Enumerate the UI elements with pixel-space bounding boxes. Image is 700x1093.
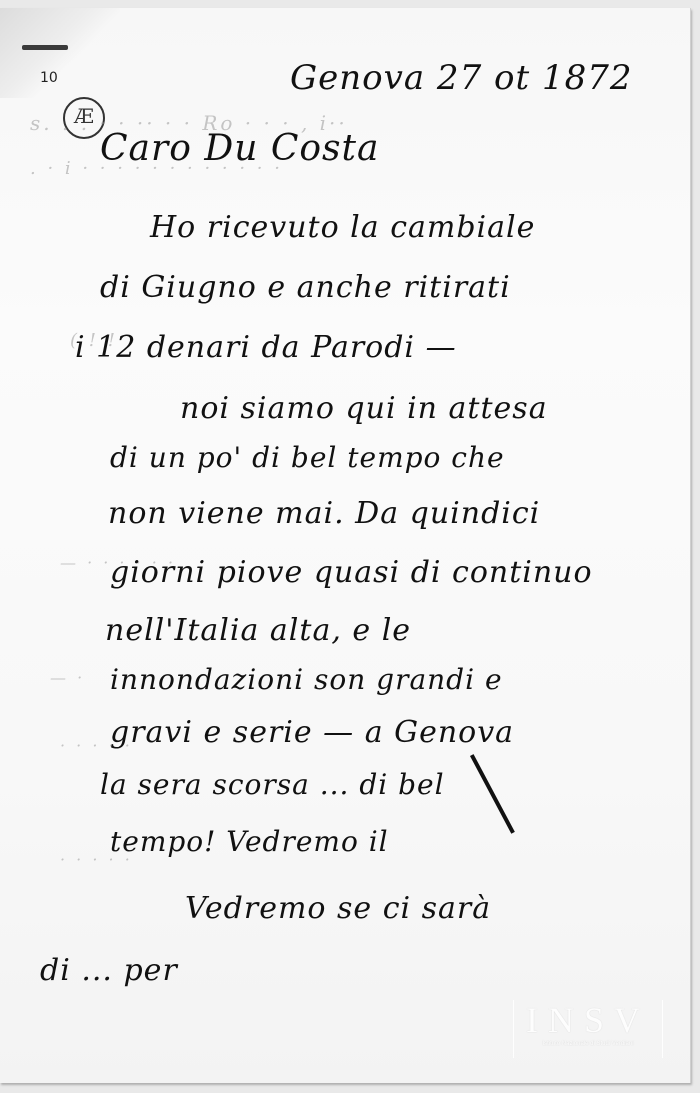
letter-line: la sera scorsa ... di bel [100, 768, 445, 801]
letter-page: 10 Æ s. . . · · ·· · · Ro · · · , i·· . … [0, 8, 691, 1083]
staple-icon [22, 45, 68, 50]
letter-date: Genova 27 ot 1872 [290, 58, 632, 98]
watermark-letters: INSV [514, 1000, 662, 1040]
ink-strikethrough [470, 754, 515, 834]
letter-line: noi siamo qui in attesa [180, 391, 548, 426]
letter-line: non viene mai. Da quindici [108, 496, 540, 531]
letter-line: nell'Italia alta, e le [105, 613, 411, 648]
letter-line: di un po' di bel tempo che [110, 441, 505, 474]
letter-line: gravi e serie — a Genova [110, 715, 514, 750]
letter-line: Ho ricevuto la cambiale [150, 210, 535, 245]
letter-line: giorni piove quasi di continuo [110, 555, 593, 590]
bleed-through-text: — · [50, 668, 85, 687]
letter-line: di Giugno e anche ritirati [100, 270, 511, 305]
page-fold-shadow [0, 8, 120, 98]
letter-line: i 12 denari da Parodi — [75, 330, 457, 365]
page-number: 10 [40, 70, 58, 86]
letter-salutation: Caro Du Costa [100, 128, 379, 169]
letter-line: innondazioni son grandi e [110, 663, 503, 696]
watermark-subtitle: Istituto Nazionale di Studi Verdiani [514, 1040, 662, 1048]
letter-line: di ... per [40, 953, 178, 988]
letter-line: tempo! Vedremo il [110, 825, 389, 858]
insv-watermark: INSV Istituto Nazionale di Studi Verdian… [513, 1000, 663, 1058]
letter-line: Vedremo se ci sarà [185, 891, 491, 926]
